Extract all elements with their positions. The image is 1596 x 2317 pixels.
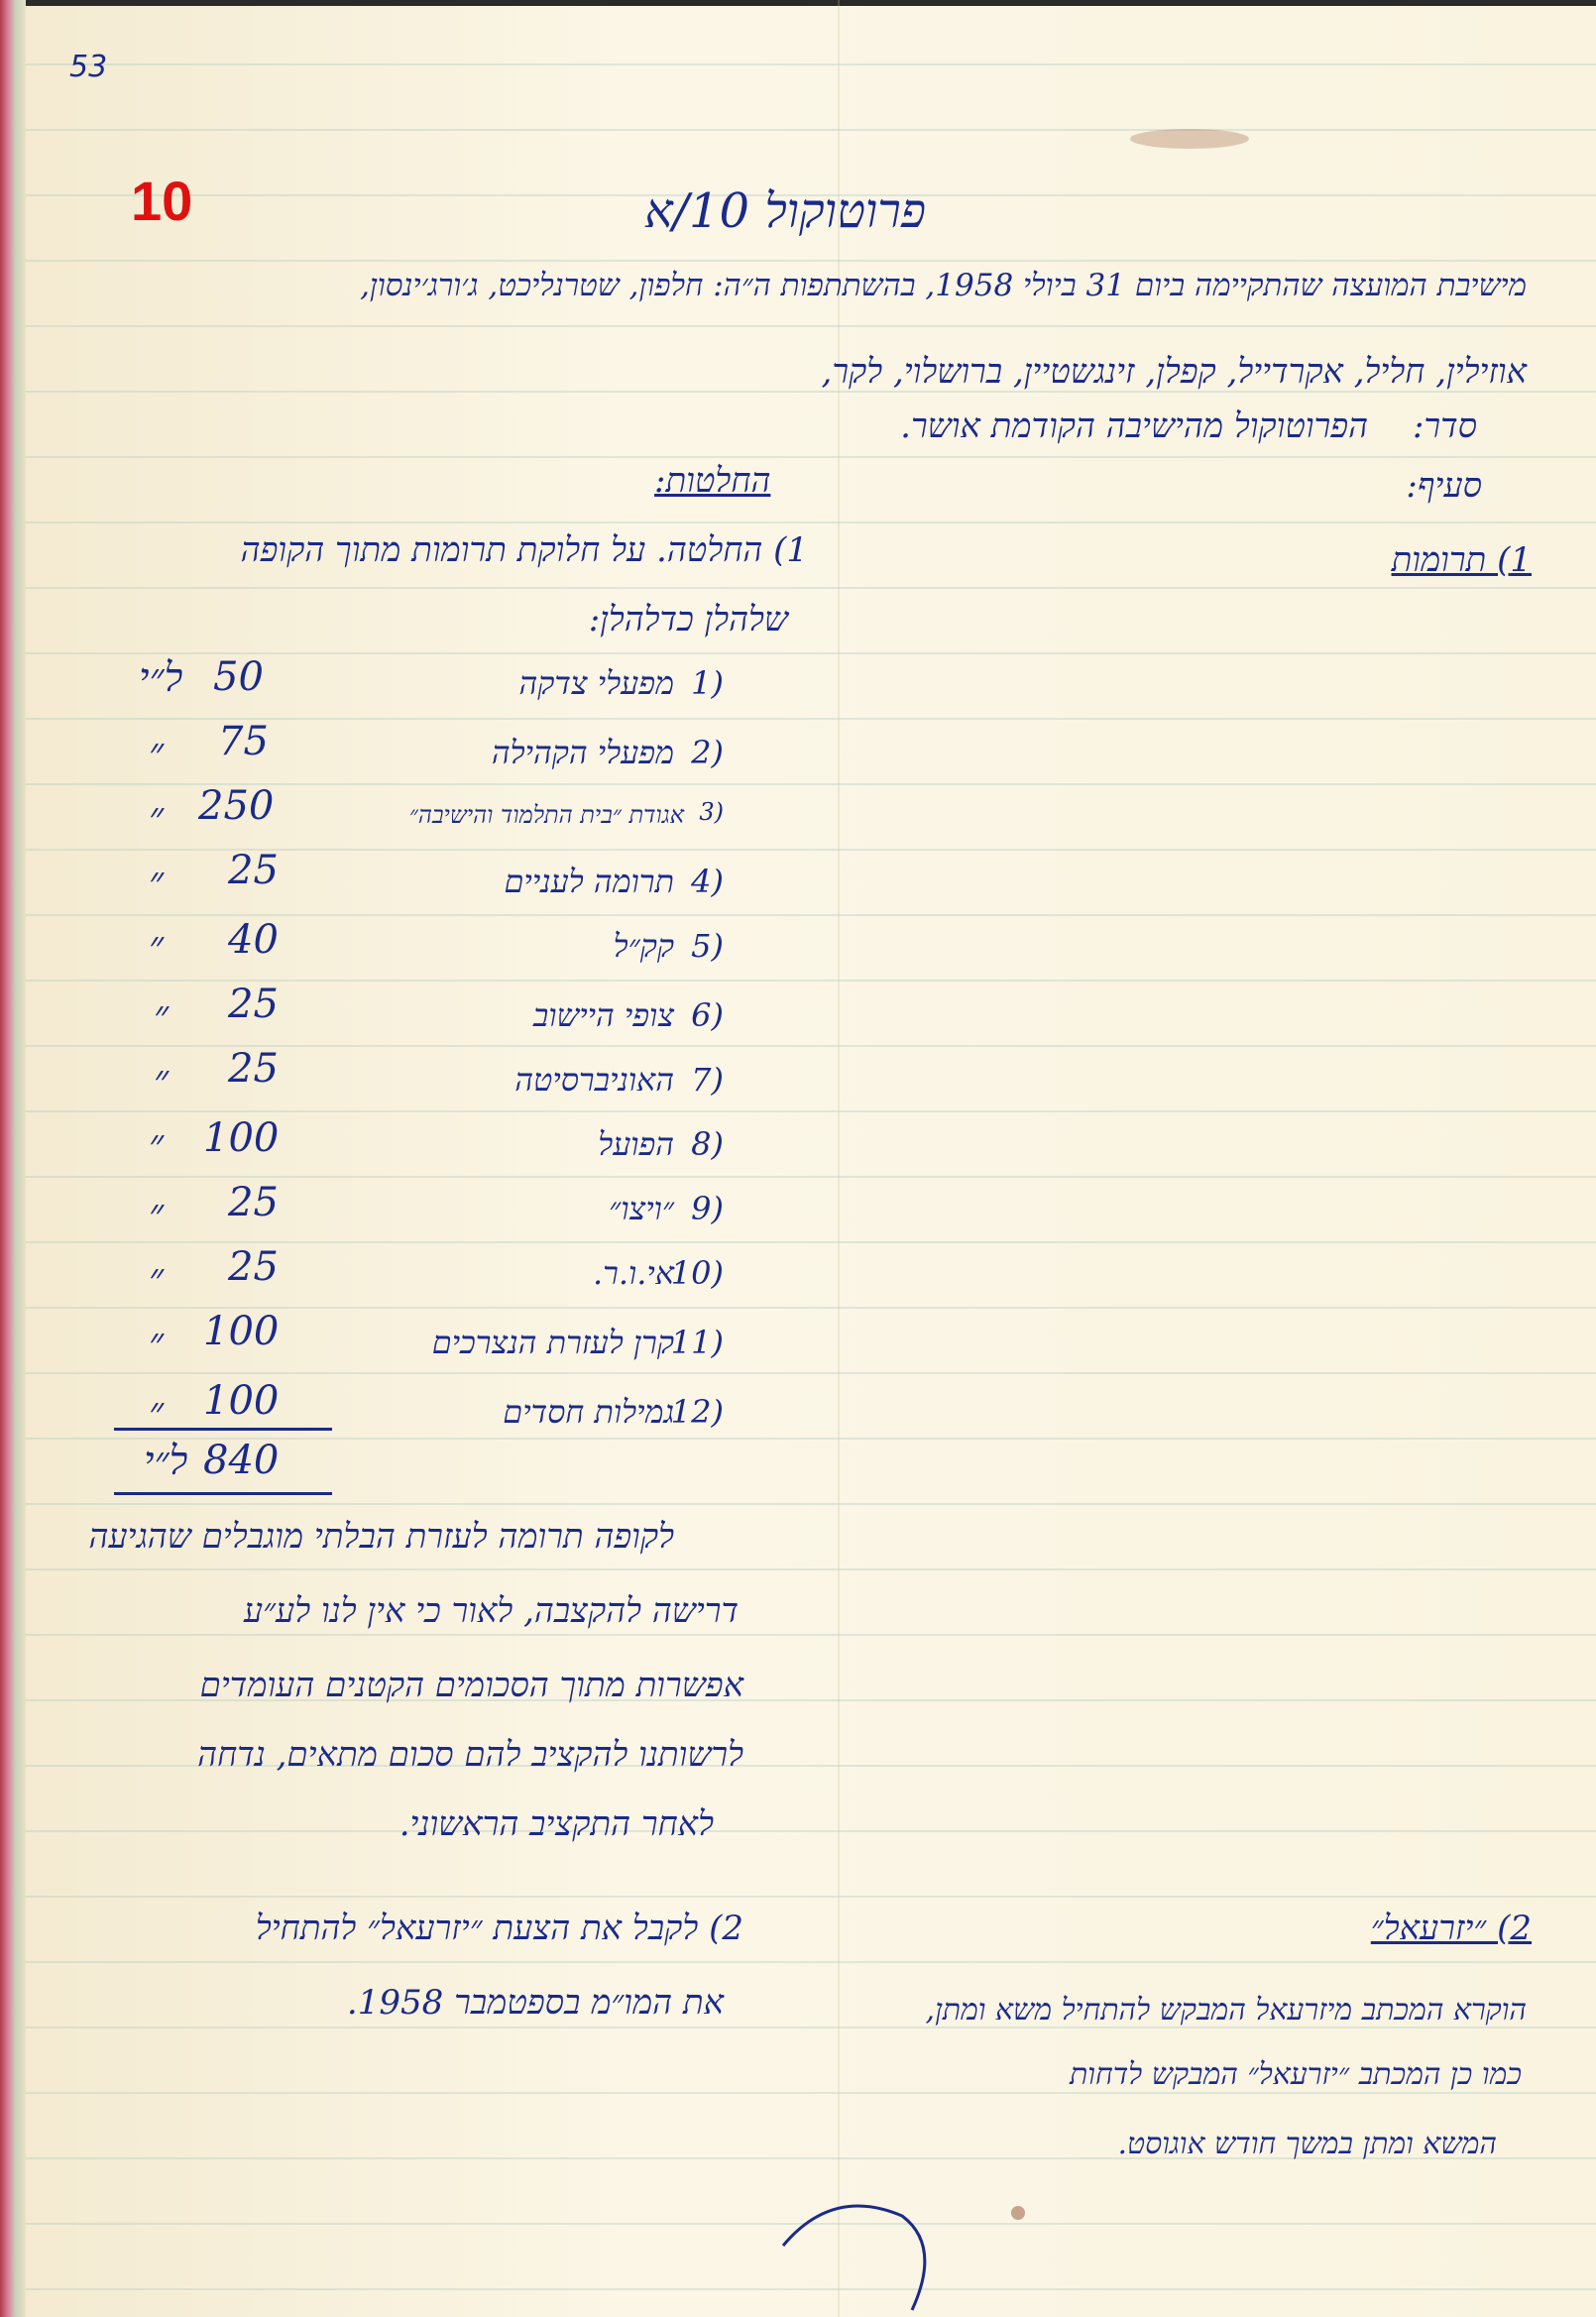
item1-intro-2: שלהלן כדלהלן: xyxy=(589,600,788,639)
paragraph-line: לרשותנו להקציב להם סכום מתאים, נדחה xyxy=(197,1735,743,1775)
allocation-num: 1) xyxy=(691,664,724,702)
allocation-unit: ״ xyxy=(149,1120,164,1167)
item2-heading-yizrael: 2) ״יזרעאל״ xyxy=(1371,1909,1532,1948)
allocation-unit: ״ xyxy=(154,991,169,1038)
allocation-name: הפועל xyxy=(598,1125,674,1163)
paragraph-line: דרישה להקצבה, לאור כי אין לנו לע״ע xyxy=(244,1591,739,1631)
allocation-amount: 25 xyxy=(228,1180,279,1225)
agenda-label: סדר: xyxy=(1413,406,1477,446)
agenda-text: הפרוטוקול מהישיבה הקודמת אושר. xyxy=(900,406,1368,446)
allocation-amount: 100 xyxy=(203,1115,279,1161)
allocation-amount: 100 xyxy=(203,1309,279,1354)
allocation-amount: 100 xyxy=(203,1378,279,1424)
item1-heading-tromot: 1) תרומות xyxy=(1392,540,1532,580)
allocation-name: אי.ו.ר. xyxy=(593,1254,674,1292)
allocation-unit: ״ xyxy=(149,729,164,775)
page-number: 53 xyxy=(69,50,107,84)
item2-note-line: הוקרא המכתב מיזרעאל המבקש להתחיל משא ומת… xyxy=(926,1993,1527,2027)
allocation-num: 4) xyxy=(691,863,724,900)
paragraph-line: לאחר התקציב הראשוני. xyxy=(399,1804,714,1844)
allocation-name: מפעלי צדקה xyxy=(518,664,674,702)
allocation-amount: 50 xyxy=(213,654,264,700)
allocation-num: 8) xyxy=(691,1125,724,1163)
scan-top-edge xyxy=(0,0,1596,6)
total-underline xyxy=(114,1492,332,1495)
margin-label: סעיף: xyxy=(1406,466,1482,506)
allocation-unit: ל״י xyxy=(139,654,182,701)
allocation-name: האוניברסיטה xyxy=(514,1061,674,1099)
allocation-unit: ״ xyxy=(149,1319,164,1365)
item2-note-line: כמו כן המכתב ״יזרעאל״ המבקש לדחות xyxy=(1070,2057,1522,2092)
allocation-num: 2) xyxy=(691,734,724,771)
attendance-line-2: אוזילין, חליל, אקרדייל, קפלן, זינגשטיין,… xyxy=(822,352,1527,392)
allocation-amount: 250 xyxy=(198,783,274,829)
item2-note-line: המשא ומתן במשך חודש אוגוסט. xyxy=(1118,2127,1498,2161)
allocation-unit: ״ xyxy=(149,1190,164,1236)
allocation-num: 10) xyxy=(671,1254,724,1292)
total-unit: ל״י xyxy=(144,1438,187,1484)
item2-decision-line-2: את המו״מ בספטמבר 1958. xyxy=(347,1983,724,2023)
allocation-amount: 25 xyxy=(228,1244,279,1290)
allocation-name: צופי היישוב xyxy=(533,996,674,1034)
allocation-num: 3) xyxy=(699,798,724,826)
attendance-line-1: מישיבת המועצה שהתקיימה ביום 31 ביולי 195… xyxy=(360,268,1527,303)
allocation-name: גמילות חסדים xyxy=(503,1393,674,1431)
allocation-num: 11) xyxy=(671,1324,724,1361)
paragraph-line: לקופה תרומה לעזרת הבלתי מוגבלים שהגיעה xyxy=(88,1517,674,1557)
allocation-amount: 75 xyxy=(218,719,269,764)
allocation-num: 12) xyxy=(671,1393,724,1431)
allocation-amount: 25 xyxy=(228,982,279,1027)
total-rule xyxy=(114,1428,332,1431)
notebook-binding xyxy=(0,0,26,2317)
allocation-amount: 40 xyxy=(228,917,279,963)
allocation-amount: 25 xyxy=(228,848,279,893)
allocation-name: אגודת ״בית התלמוד והישיבה״ xyxy=(409,801,684,830)
allocation-name: קרן לעזרת הנצרכים xyxy=(432,1324,674,1361)
allocation-num: 6) xyxy=(691,996,724,1034)
decisions-heading: החלטות: xyxy=(654,461,770,501)
allocation-unit: ״ xyxy=(149,793,164,840)
allocation-num: 9) xyxy=(691,1190,724,1227)
allocation-unit: ״ xyxy=(149,858,164,904)
allocation-name: מפעלי הקהילה xyxy=(492,734,674,771)
allocation-unit: ״ xyxy=(149,1254,164,1301)
pen-stroke-curve xyxy=(773,2186,952,2315)
item2-decision-line-1: 2) לקבל את הצעת ״יזרעאל״ להתחיל xyxy=(256,1909,743,1948)
allocation-num: 7) xyxy=(691,1061,724,1099)
allocation-num: 5) xyxy=(691,927,724,965)
stain-mark xyxy=(1130,129,1249,149)
allocation-name: קק״ל xyxy=(614,927,674,965)
stain-mark xyxy=(1011,2206,1025,2220)
stamp-number: 10 xyxy=(131,169,192,233)
paragraph-line: אפשרות מתוך הסכומים הקטנים העומדים xyxy=(200,1666,743,1705)
item1-intro: 1) החלטה. על חלוקת תרומות מתוך הקופה xyxy=(241,530,808,570)
allocation-amount: 25 xyxy=(228,1046,279,1092)
allocation-name: תרומה לעניים xyxy=(504,863,674,900)
page-fold xyxy=(838,0,840,2317)
protocol-title: פרוטוקול 10/א xyxy=(644,183,926,239)
allocation-unit: ״ xyxy=(149,922,164,969)
allocation-name: ״ויצו״ xyxy=(609,1190,674,1227)
total-amount: 840 xyxy=(203,1438,279,1483)
allocation-unit: ״ xyxy=(154,1056,169,1102)
